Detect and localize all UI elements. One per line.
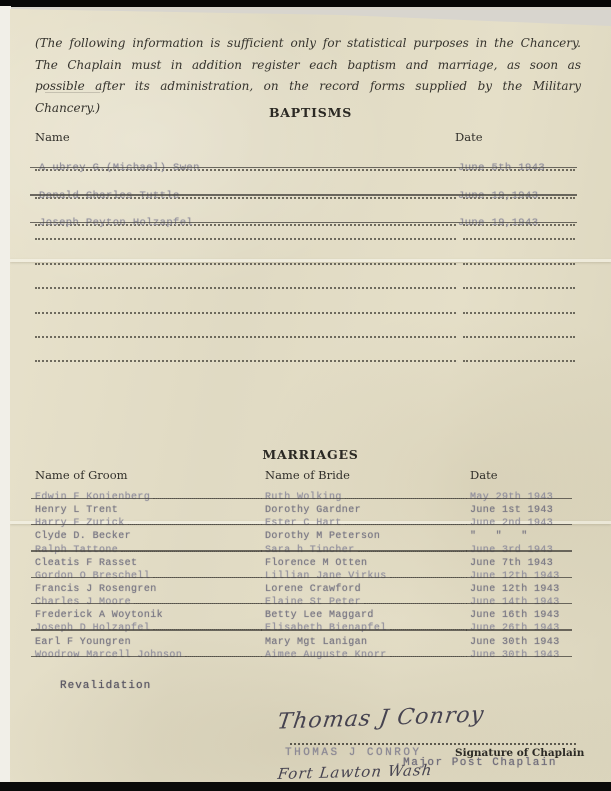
bride-name: Ester C Hart (265, 518, 342, 529)
groom-name: Cleatis F Rasset (35, 558, 137, 569)
scan-left-margin (0, 6, 11, 782)
dotted-line (35, 336, 456, 338)
marriage-date: June 16th 1943 (470, 610, 560, 621)
marriage-date: June 3rd 1943 (470, 545, 553, 556)
marriage-date: June 12th 1943 (470, 571, 560, 582)
dotted-line (153, 577, 259, 578)
groom-name: Henry L Trent (35, 505, 118, 516)
baptisms-blank-lines (35, 222, 575, 368)
marriage-bride-cell: Ruth Wolking (265, 492, 470, 505)
marriage-date: June 26th 1943 (470, 623, 560, 634)
groom-name: Francis J Rosengren (35, 584, 157, 595)
bride-name: Dorothy M Peterson (265, 531, 380, 542)
marriage-row: Henry L Trent Dorothy Gardner June 1st 1… (35, 505, 575, 518)
marriage-date-cell: June 14th 1943 (470, 597, 575, 610)
bride-name: Sara h Tincher (265, 545, 355, 556)
bride-name: Florence M Otten (265, 558, 367, 569)
groom-name: Joseph D Holzapfel (35, 623, 150, 634)
marriage-groom-cell: Edwin F Konienberg (35, 492, 265, 505)
groom-name: Charles J Moore (35, 597, 131, 608)
dotted-line (128, 524, 259, 525)
marriages-groom-header: Name of Groom (35, 468, 128, 482)
marriage-date: June 30th 1943 (470, 650, 560, 661)
dotted-line (463, 287, 575, 289)
marriage-date-cell: June 1st 1943 (470, 505, 575, 518)
marriage-groom-cell: Frederick A Woytonik (35, 610, 265, 623)
marriage-date-cell: June 2nd 1943 (470, 518, 575, 531)
strike-line (30, 167, 577, 168)
marriage-row: Clyde D. Becker Dorothy M Peterson " " " (35, 531, 575, 544)
baptism-row: Donald Charles Tuttle June 19,1943 (35, 177, 575, 204)
marriage-groom-cell: Francis J Rosengren (35, 584, 265, 597)
marriages-list: Edwin F Konienberg Ruth Wolking May 29th… (35, 492, 575, 663)
baptism-name: Donald Charles Tuttle (39, 190, 180, 202)
dotted-line (35, 312, 456, 314)
chaplain-signature-handwritten: Thomas J Conroy (276, 702, 486, 734)
marriage-row: Harry F Zurick Ester C Hart June 2nd 194… (35, 518, 575, 531)
marriage-date-cell: " " " (470, 531, 575, 544)
bride-name: Mary Mgt Lanigan (265, 637, 367, 648)
groom-name: Frederick A Woytonik (35, 610, 163, 621)
blank-form-row (35, 271, 575, 295)
marriage-bride-cell: Ester C Hart (265, 518, 470, 531)
marriage-bride-cell: Dorothy M Peterson (265, 531, 470, 544)
baptisms-date-header: Date (455, 130, 483, 144)
dotted-line (134, 643, 259, 644)
signature-line (290, 743, 576, 745)
blank-form-row (35, 344, 575, 368)
marriages-bride-header: Name of Bride (265, 468, 350, 482)
bride-name: Lorene Crawford (265, 584, 361, 595)
dotted-line (153, 498, 259, 499)
dotted-line (364, 603, 464, 604)
dotted-line (35, 287, 456, 289)
baptism-date: June 19,1943 (458, 190, 538, 202)
marriage-bride-cell: Sara h Tincher (265, 545, 470, 558)
dotted-line (463, 336, 575, 338)
marriage-row: Earl F Youngren Mary Mgt Lanigan June 30… (35, 637, 575, 650)
marriage-groom-cell: Clyde D. Becker (35, 531, 265, 544)
strike-line (30, 194, 577, 195)
marriage-date: May 29th 1943 (470, 492, 553, 503)
blank-form-row (35, 295, 575, 319)
marriage-bride-cell: Lorene Crawford (265, 584, 470, 597)
marriage-date: June 7th 1943 (470, 558, 553, 569)
dotted-line (463, 238, 575, 240)
groom-name: Edwin F Konienberg (35, 492, 150, 503)
dotted-line (463, 312, 575, 314)
dotted-line (134, 537, 259, 538)
dotted-line (370, 643, 464, 644)
dotted-line (364, 511, 464, 512)
marriages-date-header: Date (470, 468, 498, 482)
marriage-date-cell: June 30th 1943 (470, 650, 575, 663)
marriage-row: Francis J Rosengren Lorene Crawford June… (35, 584, 575, 597)
dotted-line (383, 537, 464, 538)
marriage-groom-cell: Harry F Zurick (35, 518, 265, 531)
groom-name: Harry F Zurick (35, 518, 125, 529)
dotted-line (345, 498, 464, 499)
dotted-line (345, 524, 464, 525)
groom-name: Earl F Youngren (35, 637, 131, 648)
dotted-line (358, 551, 464, 552)
bride-name: Dorothy Gardner (265, 505, 361, 516)
marriage-groom-cell: Ralph Tattone (35, 545, 265, 558)
dotted-line (390, 629, 464, 630)
form-page: (The following information is sufficient… (10, 0, 611, 783)
marriage-bride-cell: Elaine St Peter (265, 597, 470, 610)
marriage-row: Joseph D Holzapfel Elisabeth Bienapfel J… (35, 623, 575, 636)
marriage-bride-cell: Aimee Auguste Knorr (265, 650, 470, 663)
blank-form-row (35, 222, 575, 246)
bride-name: Elisabeth Bienapfel (265, 623, 387, 634)
baptism-name: A ubrey G.(Michael) Swen (39, 162, 200, 174)
marriage-groom-cell: Charles J Moore (35, 597, 265, 610)
marriage-date: " " " (470, 531, 528, 542)
bride-name: Elaine St Peter (265, 597, 361, 608)
bride-name: Aimee Auguste Knorr (265, 650, 387, 661)
marriage-row: Edwin F Konienberg Ruth Wolking May 29th… (35, 492, 575, 505)
marriage-row: Charles J Moore Elaine St Peter June 14t… (35, 597, 575, 610)
dotted-line (121, 511, 259, 512)
dotted-line (166, 616, 259, 617)
baptism-row: A ubrey G.(Michael) Swen June 5th 1943 (35, 150, 575, 177)
groom-name: Woodrow Marcell Johnson (35, 650, 182, 661)
marriage-date-cell: June 16th 1943 (470, 610, 575, 623)
dotted-line (153, 629, 259, 630)
groom-name: Gordon O Breschell (35, 571, 150, 582)
dotted-line (185, 656, 259, 657)
dotted-line (364, 590, 464, 591)
marriage-groom-cell: Gordon O Breschell (35, 571, 265, 584)
dotted-line (35, 360, 456, 362)
marriage-groom-cell: Henry L Trent (35, 505, 265, 518)
marriage-date-cell: June 3rd 1943 (470, 545, 575, 558)
location-handwritten: Fort Lawton Wash (277, 761, 434, 783)
marriage-groom-cell: Woodrow Marcell Johnson (35, 650, 265, 663)
dotted-line (390, 656, 464, 657)
marriage-groom-cell: Cleatis F Rasset (35, 558, 265, 571)
marriage-date-cell: June 12th 1943 (470, 584, 575, 597)
marriage-date: June 14th 1943 (470, 597, 560, 608)
groom-name: Ralph Tattone (35, 545, 118, 556)
revalidation-label: Revalidation (60, 680, 151, 692)
marriage-date: June 12th 1943 (470, 584, 560, 595)
dotted-line (35, 238, 456, 240)
marriage-row: Ralph Tattone Sara h Tincher June 3rd 19… (35, 545, 575, 558)
blank-form-row (35, 320, 575, 344)
dotted-line (134, 603, 259, 604)
dotted-line (35, 263, 456, 265)
baptisms-name-header: Name (35, 130, 70, 144)
marriage-row: Cleatis F Rasset Florence M Otten June 7… (35, 558, 575, 571)
baptisms-section-title: BAPTISMS (10, 105, 611, 120)
marriage-row: Frederick A Woytonik Betty Lee Maggard J… (35, 610, 575, 623)
marriage-bride-cell: Mary Mgt Lanigan (265, 637, 470, 650)
bride-name: Betty Lee Maggard (265, 610, 374, 621)
marriage-groom-cell: Earl F Youngren (35, 637, 265, 650)
marriage-groom-cell: Joseph D Holzapfel (35, 623, 265, 636)
marriage-date: June 2nd 1943 (470, 518, 553, 529)
marriage-date-cell: June 26th 1943 (470, 623, 575, 636)
marriage-date-cell: June 7th 1943 (470, 558, 575, 571)
dotted-line (463, 263, 575, 265)
dotted-line (121, 551, 259, 552)
dotted-line (377, 616, 464, 617)
marriage-date-cell: June 30th 1943 (470, 637, 575, 650)
marriage-row: Woodrow Marcell Johnson Aimee Auguste Kn… (35, 650, 575, 663)
groom-name: Clyde D. Becker (35, 531, 131, 542)
marriage-bride-cell: Elisabeth Bienapfel (265, 623, 470, 636)
marriage-bride-cell: Betty Lee Maggard (265, 610, 470, 623)
blank-form-row (35, 246, 575, 270)
baptism-date: June 5th 1943 (458, 162, 545, 174)
marriage-bride-cell: Florence M Otten (265, 558, 470, 571)
dotted-line (390, 577, 464, 578)
marriage-bride-cell: Dorothy Gardner (265, 505, 470, 518)
scan-bottom-edge (0, 782, 611, 791)
marriage-date-cell: June 12th 1943 (470, 571, 575, 584)
bride-name: Ruth Wolking (265, 492, 342, 503)
dotted-line (160, 590, 259, 591)
marriage-date-cell: May 29th 1943 (470, 492, 575, 505)
marriage-date: June 1st 1943 (470, 505, 553, 516)
baptisms-list: A ubrey G.(Michael) Swen June 5th 1943 D… (35, 150, 575, 232)
scanned-document: (The following information is sufficient… (0, 0, 611, 791)
marriage-row: Gordon O Breschell Lillian Jane Virkus J… (35, 571, 575, 584)
bride-name: Lillian Jane Virkus (265, 571, 387, 582)
dotted-line (370, 564, 464, 565)
marriage-date: June 30th 1943 (470, 637, 560, 648)
marriages-section-title: MARRIAGES (10, 447, 611, 462)
marriage-bride-cell: Lillian Jane Virkus (265, 571, 470, 584)
dotted-line (463, 360, 575, 362)
dotted-line (140, 564, 259, 565)
